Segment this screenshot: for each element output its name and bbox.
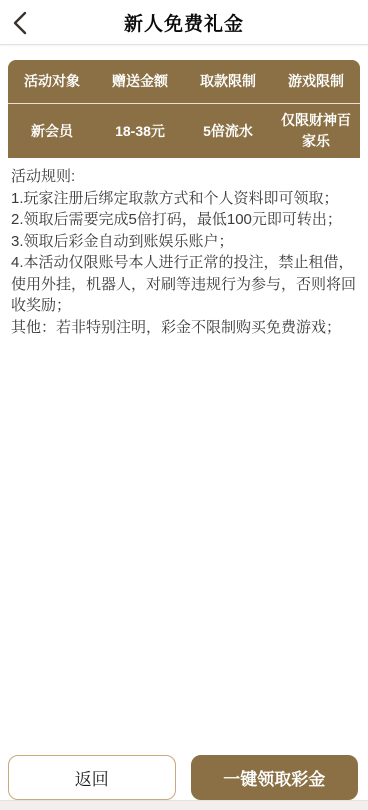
rules-title: 活动规则: [11,166,357,188]
rule-item-2: 2.领取后需要完成5倍打码，最低100元即可转出； [11,209,357,231]
rule-item-1: 1.玩家注册后绑定取款方式和个人资料即可领取； [11,188,357,210]
claim-bonus-button[interactable]: 一键领取彩金 [191,755,359,800]
page-title: 新人免费礼金 [124,9,244,36]
page: 新人免费礼金 活动对象 赠送金额 取款限制 游戏限制 新会员 18-38元 5倍… [0,0,368,810]
footer: 返回 一键领取彩金 [0,755,368,800]
table-header-game-limit: 游戏限制 [272,60,360,103]
rule-item-3: 3.领取后彩金自动到账娱乐账户； [11,231,357,253]
chevron-left-icon [11,11,29,35]
rule-item-4: 4.本活动仅限账号本人进行正常的投注，禁止租借，使用外挂，机器人，对刷等违规行为… [11,252,357,317]
promo-table: 活动对象 赠送金额 取款限制 游戏限制 新会员 18-38元 5倍流水 仅限财神… [8,60,360,158]
table-cell-withdraw-limit: 5倍流水 [184,117,272,146]
table-cell-game-limit: 仅限财神百家乐 [272,106,360,156]
return-button[interactable]: 返回 [8,755,176,800]
rules-section: 活动规则: 1.玩家注册后绑定取款方式和个人资料即可领取； 2.领取后需要完成5… [0,158,368,338]
table-cell-amount: 18-38元 [96,117,184,146]
table-header-target: 活动对象 [8,60,96,103]
bottom-strip [0,800,368,810]
promo-table-data-row: 新会员 18-38元 5倍流水 仅限财神百家乐 [8,104,360,158]
rule-item-other: 其他：若非特别注明，彩金不限制购买免费游戏； [11,317,357,339]
table-header-withdraw-limit: 取款限制 [184,60,272,103]
back-icon[interactable] [6,9,34,37]
table-cell-target: 新会员 [8,117,96,146]
promo-table-header-row: 活动对象 赠送金额 取款限制 游戏限制 [8,60,360,104]
header: 新人免费礼金 [0,0,368,45]
table-header-amount: 赠送金额 [96,60,184,103]
